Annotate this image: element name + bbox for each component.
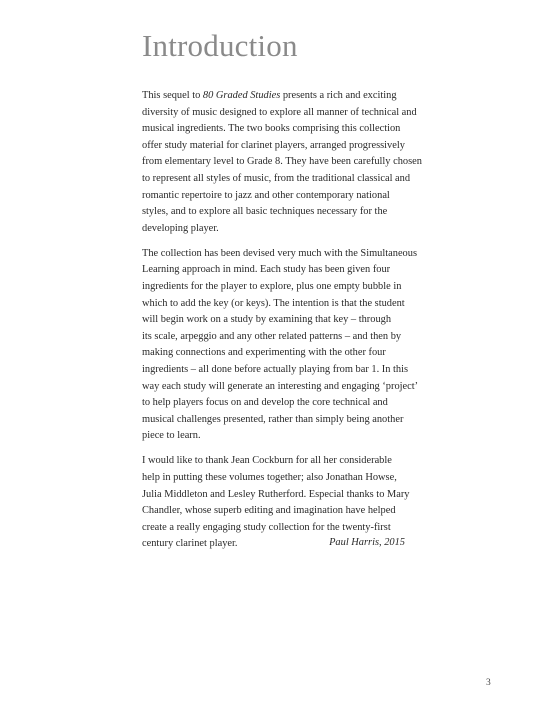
- paragraph-1: This sequel to 80 Graded Studies present…: [142, 88, 432, 237]
- text-line: styles, and to explore all basic techniq…: [142, 204, 432, 221]
- page-title: Introduction: [142, 28, 298, 64]
- body-text: This sequel to 80 Graded Studies present…: [142, 88, 432, 562]
- text-line: This sequel to 80 Graded Studies present…: [142, 88, 432, 105]
- text-line: offer study material for clarinet player…: [142, 138, 432, 155]
- text-line: which to add the key (or keys). The inte…: [142, 296, 432, 313]
- text-line: The collection has been devised very muc…: [142, 246, 432, 263]
- text-fragment: This sequel to: [142, 90, 203, 101]
- text-line: ingredients for the player to explore, p…: [142, 279, 432, 296]
- text-line: ingredients – all done before actually p…: [142, 362, 432, 379]
- text-line: to represent all styles of music, from t…: [142, 171, 432, 188]
- text-line: will begin work on a study by examining …: [142, 312, 432, 329]
- text-fragment: presents a rich and exciting: [280, 90, 396, 101]
- text-line: musical challenges presented, rather tha…: [142, 412, 432, 429]
- text-line: piece to learn.: [142, 428, 432, 445]
- text-line: romantic repertoire to jazz and other co…: [142, 188, 432, 205]
- signature: Paul Harris, 2015: [329, 537, 405, 548]
- text-line: Julia Middleton and Lesley Rutherford. E…: [142, 487, 432, 504]
- text-line: help in putting these volumes together; …: [142, 470, 432, 487]
- text-line: Learning approach in mind. Each study ha…: [142, 262, 432, 279]
- text-line: developing player.: [142, 221, 432, 238]
- text-line: its scale, arpeggio and any other relate…: [142, 329, 432, 346]
- text-line: create a really engaging study collectio…: [142, 520, 432, 537]
- text-line: Chandler, whose superb editing and imagi…: [142, 503, 432, 520]
- text-line: making connections and experimenting wit…: [142, 345, 432, 362]
- text-line: musical ingredients. The two books compr…: [142, 121, 432, 138]
- book-title: 80 Graded Studies: [203, 90, 280, 101]
- text-line: diversity of music designed to explore a…: [142, 105, 432, 122]
- text-line: I would like to thank Jean Cockburn for …: [142, 453, 432, 470]
- paragraph-2: The collection has been devised very muc…: [142, 246, 432, 445]
- text-line: way each study will generate an interest…: [142, 379, 432, 396]
- text-line: from elementary level to Grade 8. They h…: [142, 154, 432, 171]
- text-line: to help players focus on and develop the…: [142, 395, 432, 412]
- page-number: 3: [486, 678, 491, 688]
